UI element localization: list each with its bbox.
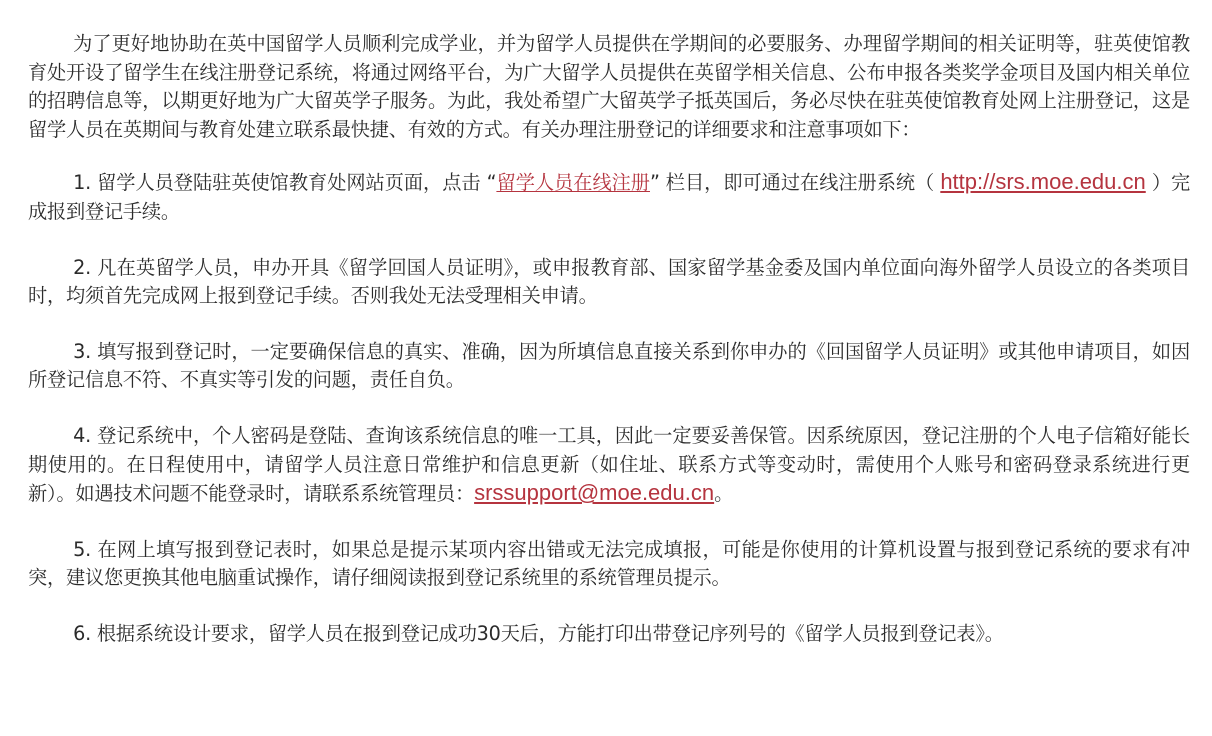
list-item-5: 5. 在网上填写报到登记表时，如果总是提示某项内容出错或无法完成填报，可能是你使… (28, 536, 1190, 593)
item-text: 。 (714, 482, 733, 505)
srs-url-link[interactable]: http://srs.moe.edu.cn (940, 169, 1145, 194)
item-number: 2. (73, 256, 91, 279)
list-item-4: 4. 登记系统中，个人密码是登陆、查询该系统信息的唯一工具，因此一定要妥善保管。… (28, 422, 1190, 509)
item-number: 3. (73, 340, 91, 363)
intro-paragraph: 为了更好地协助在英中国留学人员顺利完成学业，并为留学人员提供在学期间的必要服务、… (28, 30, 1190, 144)
list-item-1: 1. 留学人员登陆驻英使馆教育处网站页面，点击 “留学人员在线注册” 栏目，即可… (28, 168, 1190, 226)
item-text: 凡在英留学人员，申办开具《留学回国人员证明》，或申报教育部、国家留学基金委及国内… (28, 256, 1190, 308)
item-number: 6. (73, 622, 91, 645)
list-item-6: 6. 根据系统设计要求，留学人员在报到登记成功30天后，方能打印出带登记序列号的… (28, 620, 1190, 649)
item-number: 4. (73, 424, 91, 447)
list-item-3: 3. 填写报到登记时，一定要确保信息的真实、准确，因为所填信息直接关系到你申办的… (28, 338, 1190, 395)
item-number: 5. (73, 538, 91, 561)
list-item-2: 2. 凡在英留学人员，申办开具《留学回国人员证明》，或申报教育部、国家留学基金委… (28, 254, 1190, 311)
item-text: ” 栏目，即可通过在线注册系统（ (650, 171, 940, 194)
item-text: 填写报到登记时，一定要确保信息的真实、准确，因为所填信息直接关系到你申办的《回国… (28, 340, 1190, 392)
registration-notice-document: 为了更好地协助在英中国留学人员顺利完成学业，并为留学人员提供在学期间的必要服务、… (28, 30, 1190, 676)
item-text: 在网上填写报到登记表时，如果总是提示某项内容出错或无法完成填报，可能是你使用的计… (28, 538, 1190, 590)
item-number: 1. (73, 171, 91, 194)
support-email-link[interactable]: srssupport@moe.edu.cn (474, 480, 714, 505)
item-text: 根据系统设计要求，留学人员在报到登记成功30天后，方能打印出带登记序列号的《留学… (91, 622, 1004, 645)
online-registration-link[interactable]: 留学人员在线注册 (496, 171, 650, 194)
item-text: 留学人员登陆驻英使馆教育处网站页面，点击 “ (91, 171, 496, 194)
